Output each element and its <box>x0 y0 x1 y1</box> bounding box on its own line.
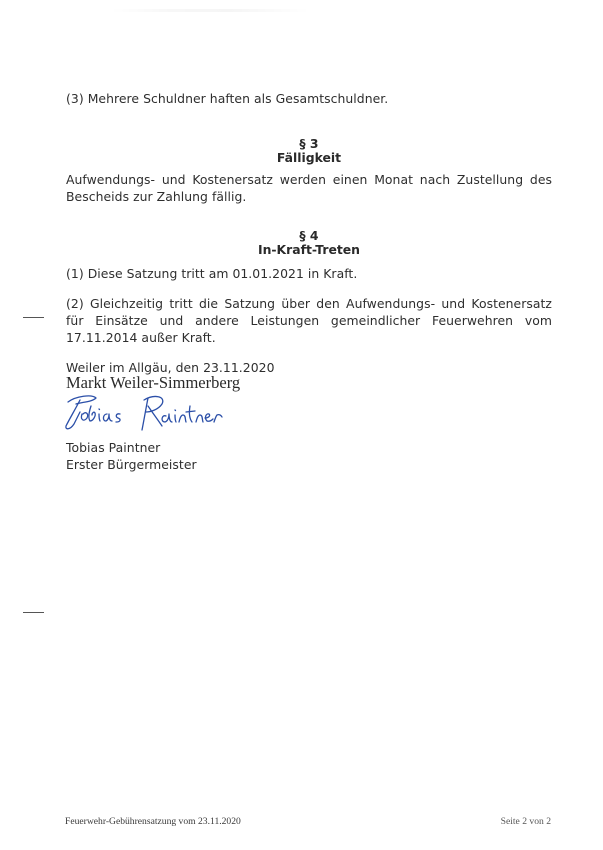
footer-document-title: Feuerwehr-Gebührensatzung vom 23.11.2020 <box>65 816 241 827</box>
scan-artifact <box>110 9 310 12</box>
paragraph-gesamtschuldner: (3) Mehrere Schuldner haften als Gesamts… <box>66 90 552 107</box>
section-4-title: In-Kraft-Treten <box>66 242 552 257</box>
signatory-name: Tobias Paintner <box>66 439 552 456</box>
fold-mark <box>23 317 44 318</box>
section-4-paragraph-2: (2) Gleichzeitig tritt die Satzung über … <box>66 295 552 346</box>
document-page: (3) Mehrere Schuldner haften als Gesamts… <box>0 0 603 850</box>
section-3-title: Fälligkeit <box>66 150 552 165</box>
handwritten-signature-icon <box>62 392 232 438</box>
signatory-role: Erster Bürgermeister <box>66 456 552 473</box>
section-3-paragraph: Aufwendungs- und Kostenersatz werden ein… <box>66 171 552 205</box>
section-4-number: § 4 <box>66 228 552 243</box>
section-3-number: § 3 <box>66 136 552 151</box>
footer-page-number: Seite 2 von 2 <box>501 816 551 827</box>
municipality-name: Markt Weiler-Simmerberg <box>66 374 240 392</box>
punch-mark <box>23 612 44 613</box>
section-4-paragraph-1: (1) Diese Satzung tritt am 01.01.2021 in… <box>66 265 552 282</box>
